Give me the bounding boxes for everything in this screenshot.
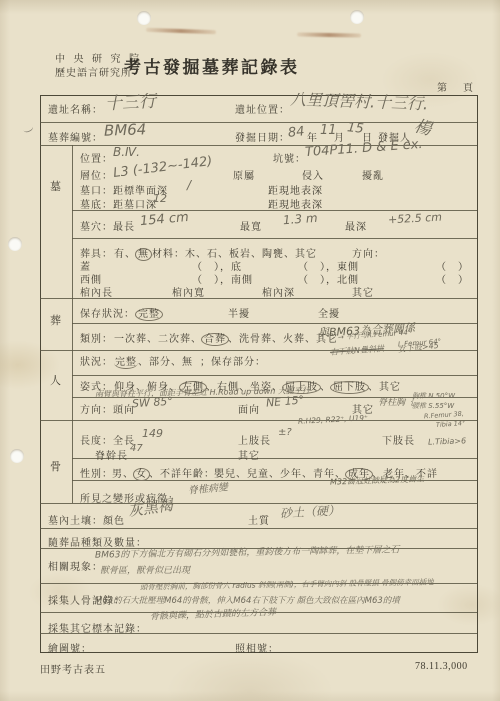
- option-無: 無: [182, 357, 193, 368]
- direction-other-note: 脊柱胸｛: [378, 399, 414, 408]
- rust-stain-left: [146, 28, 216, 34]
- year-unit: 年: [307, 129, 318, 144]
- paren-north: （ ），北側: [298, 271, 359, 286]
- site-name-value: 十三行: [105, 94, 157, 114]
- section-label-grave: 墓: [50, 178, 61, 194]
- row-divider: [72, 458, 477, 459]
- dig-date-label: 發掘日期：: [235, 129, 290, 144]
- coffin-options: 有、無: [114, 245, 151, 260]
- coffin-inner-width-label: 棺內寬: [172, 284, 205, 299]
- pit-widest-value: 1.3 m: [283, 212, 318, 227]
- head-direction-label: 方向：頭向: [80, 401, 135, 416]
- row-divider: [72, 323, 477, 324]
- preservation-label: 保存狀況：: [80, 305, 135, 320]
- length-other-label: 其它: [238, 447, 260, 462]
- age-label: 年齡：: [182, 465, 215, 480]
- soil-color-label: 墓內土壤：顏色: [48, 512, 125, 527]
- footer-print-code: 78.11.3,000: [415, 661, 468, 672]
- face-direction-label: 面向: [238, 401, 260, 416]
- site-name-label: 遺址名稱：: [48, 101, 103, 116]
- option-男: 男: [112, 469, 123, 480]
- option-有: 有: [114, 249, 125, 260]
- dig-year-value: 84: [287, 125, 305, 140]
- option-嬰兒: 嬰兒: [214, 469, 236, 480]
- total-length-value: 149: [142, 428, 163, 440]
- page-number-label: 第: [437, 79, 448, 94]
- option-完整: 完整: [135, 308, 163, 321]
- spine-length-value: 47: [130, 444, 143, 455]
- rust-stain-right: [297, 32, 361, 37]
- upper-limb-value: ±?: [278, 428, 292, 439]
- option-合葬: 合葬: [201, 333, 229, 346]
- footer-form-name: 田野考古表五: [40, 661, 106, 676]
- pencil-scribble-margin: [22, 123, 34, 133]
- site-location-label: 遺址位置：: [235, 101, 290, 116]
- grave-goods-label: 隨葬品種類及數量：: [48, 534, 147, 549]
- direction-other-note2: 胸椎 N.50°W: [412, 393, 455, 400]
- category-label: 類別：: [80, 330, 113, 345]
- original-label: 原屬: [233, 167, 255, 182]
- paren-blank: （ ）: [436, 271, 469, 286]
- half-disturbed-label: 半擾: [228, 305, 250, 320]
- sex-options: 男、女、不詳: [112, 465, 182, 480]
- row-divider: [40, 528, 477, 529]
- option-屈下肢: 屈下肢: [330, 381, 369, 394]
- pit-no-label: 坑號：: [273, 150, 306, 165]
- burial-no-value: BM64: [104, 122, 147, 139]
- option-女: 女: [133, 468, 150, 481]
- option-一次葬: 一次葬: [114, 334, 147, 345]
- section-label-burial: 葬: [50, 312, 61, 328]
- position-value: B.Ⅳ.: [113, 146, 140, 159]
- head-direction-value: SW 85°: [132, 396, 174, 410]
- total-length-label: 長度：全長: [80, 432, 135, 447]
- fully-disturbed-label: 全擾: [318, 305, 340, 320]
- option-少年: 少年: [280, 469, 302, 480]
- grave-bottom-label: 墓底：距墓口深: [80, 196, 157, 211]
- pit-longest-label: 墓穴：最長: [80, 218, 135, 233]
- lower-limb-note-3: L.Tibia>6: [428, 437, 466, 447]
- institution-line2: 歷史語言研究所: [55, 64, 132, 79]
- grave-bottom-surface-label: 距現地表深: [268, 196, 323, 211]
- sex-label: 性別：: [80, 465, 113, 480]
- related-note-2: 獸骨區，獸骨似已出現: [100, 567, 190, 576]
- punch-hole-top-right: [350, 10, 364, 24]
- condition-preserved-label: ；保存部分：: [200, 353, 266, 368]
- punch-hole-top-left: [137, 11, 151, 25]
- section-label-bone: 骨: [50, 458, 61, 474]
- section-label-person: 人: [50, 372, 61, 388]
- form-title: 考古發掘墓葬記錄表: [124, 53, 300, 78]
- section-divider: [40, 420, 477, 421]
- sample-record-label: 採集其它標本記錄：: [48, 620, 147, 635]
- category-options: 一次葬、二次葬、合葬、洗骨葬、火葬、其它: [114, 330, 338, 345]
- spine-length-label: 脊幹長: [95, 447, 128, 462]
- scanned-excavation-record-form: 中 央 研 究 院 歷史語言研究所 考古發掘墓葬記錄表 第 頁 遺址名稱： 十三…: [0, 0, 500, 701]
- punch-hole-left-upper: [8, 237, 22, 251]
- grave-mouth-surface-label: 距現地表深: [268, 182, 323, 197]
- condition-label: 狀況：: [80, 353, 113, 368]
- coffin-inner-length-label: 棺內長: [80, 284, 113, 299]
- intrusion-label: 侵入: [302, 167, 324, 182]
- row-divider: [72, 238, 477, 239]
- coffin-other-label: 其它: [352, 284, 374, 299]
- option-不詳: 不詳: [160, 469, 182, 480]
- page-unit-label: 頁: [463, 79, 474, 94]
- bone-record-note-2: M63的石大批壓埋M64的骨骸，伸入M64右下肢下方 顏色大致似在區內M63的墳: [95, 597, 400, 606]
- option-二次葬: 二次葬: [158, 334, 191, 345]
- drawing-no-label: 繪圖號：: [48, 640, 92, 655]
- direction-other-note3: 腰椎 S.55°W: [412, 403, 454, 410]
- option-火葬: 火葬: [283, 334, 305, 345]
- row-divider: [72, 375, 477, 376]
- pit-deepest-value: +52.5 cm: [388, 212, 442, 226]
- preservation-options: 完整: [136, 305, 162, 320]
- option-部分: 部分: [149, 357, 171, 368]
- position-label: 位置：: [80, 150, 113, 165]
- upper-limb-label: 上肢長: [238, 432, 271, 447]
- burial-no-label: 墓葬編號：: [48, 129, 103, 144]
- pit-deepest-label: 最深: [345, 218, 367, 233]
- option-完整: 完整: [114, 357, 138, 369]
- soil-texture-label: 土質: [248, 512, 270, 527]
- pit-widest-label: 最寬: [240, 218, 262, 233]
- layer-label: 層位：: [80, 167, 113, 182]
- grave-mouth-value: /: [187, 179, 191, 192]
- label-column-divider: [72, 145, 73, 503]
- coffin-inner-depth-label: 棺內深: [262, 284, 295, 299]
- option-無: 無: [135, 248, 152, 261]
- condition-options: 完整、部分、無: [114, 353, 193, 368]
- option-洗骨葬: 洗骨葬: [239, 334, 272, 345]
- option-兒童: 兒童: [247, 469, 269, 480]
- punch-hole-left-lower: [10, 449, 24, 463]
- option-其它: 其它: [379, 382, 401, 393]
- photo-no-label: 照相號：: [235, 640, 279, 655]
- soil-texture-value: 砂土（硬）: [280, 504, 341, 520]
- lower-limb-label: 下肢長: [382, 432, 415, 447]
- grave-bottom-value: 12: [153, 193, 167, 205]
- disturbed-label: 擾亂: [362, 167, 384, 182]
